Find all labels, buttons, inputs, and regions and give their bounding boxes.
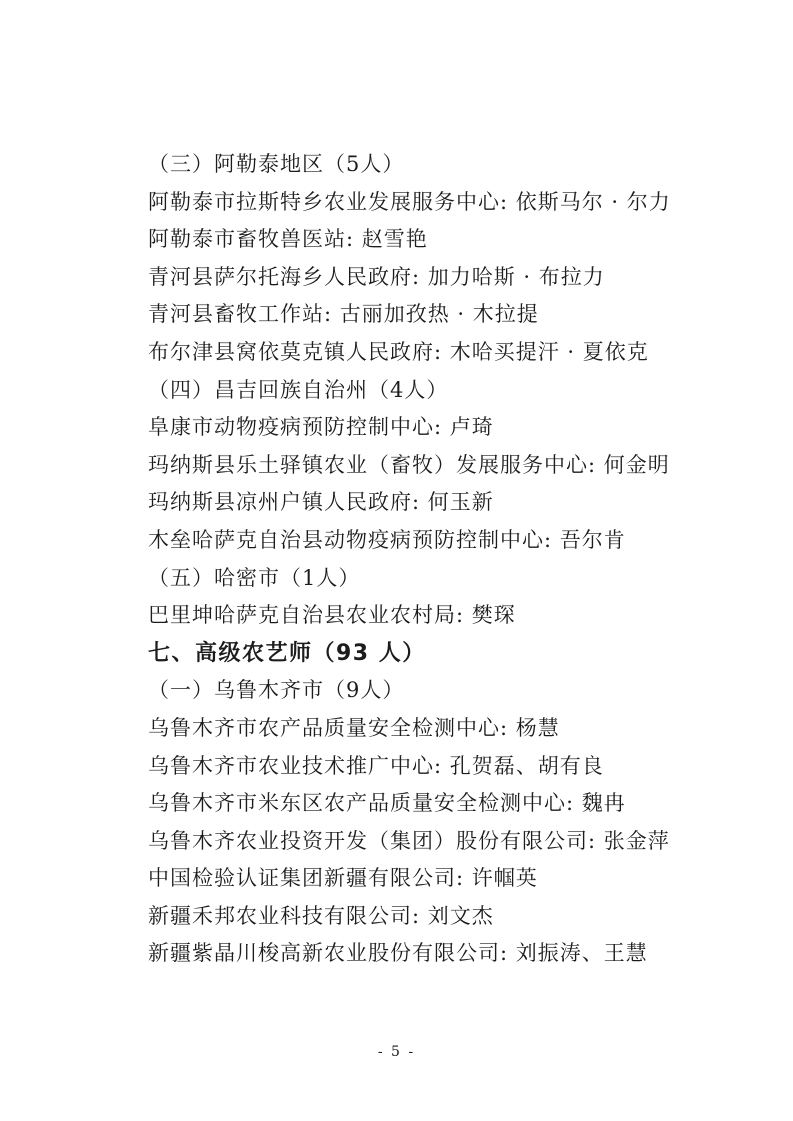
section-subheading-changji: （四）昌吉回族自治州（4人） [148,372,733,410]
entry-line: 玛纳斯县乐土驿镇农业（畜牧）发展服务中心: 何金明 [148,447,733,485]
entry-line: 阜康市动物疫病预防控制中心: 卢琦 [148,409,733,447]
document-body: （三）阿勒泰地区（5人） 阿勒泰市拉斯特乡农业发展服务中心: 依斯马尔 · 尔力… [148,146,733,973]
entry-line: 新疆紫晶川梭高新农业股份有限公司: 刘振涛、王慧 [148,935,733,973]
section-subheading-hami: （五）哈密市（1人） [148,560,733,598]
entry-line: 青河县萨尔托海乡人民政府: 加力哈斯 · 布拉力 [148,259,733,297]
entry-line: 巴里坤哈萨克自治县农业农村局: 樊琛 [148,597,733,635]
entry-line: 阿勒泰市拉斯特乡农业发展服务中心: 依斯马尔 · 尔力 [148,184,733,222]
entry-line: 阿勒泰市畜牧兽医站: 赵雪艳 [148,221,733,259]
page-number: - 5 - [0,1044,793,1060]
entry-line: 乌鲁木齐农业投资开发（集团）股份有限公司: 张金萍 [148,823,733,861]
entry-line: 布尔津县窝依莫克镇人民政府: 木哈买提汗 · 夏依克 [148,334,733,372]
section-subheading-urumqi: （一）乌鲁木齐市（9人） [148,672,733,710]
entry-line: 新疆禾邦农业科技有限公司: 刘文杰 [148,898,733,936]
entry-line: 乌鲁木齐市米东区农产品质量安全检测中心: 魏冉 [148,785,733,823]
entry-line: 中国检验认证集团新疆有限公司: 许帼英 [148,860,733,898]
entry-line: 乌鲁木齐市农产品质量安全检测中心: 杨慧 [148,710,733,748]
section-subheading-aletai: （三）阿勒泰地区（5人） [148,146,733,184]
entry-line: 玛纳斯县凉州户镇人民政府: 何玉新 [148,484,733,522]
section-heading-senior-agronomist: 七、高级农艺师（93 人） [148,635,733,673]
document-page: （三）阿勒泰地区（5人） 阿勒泰市拉斯特乡农业发展服务中心: 依斯马尔 · 尔力… [0,0,793,1121]
entry-line: 青河县畜牧工作站: 古丽加孜热 · 木拉提 [148,296,733,334]
entry-line: 木垒哈萨克自治县动物疫病预防控制中心: 吾尔肯 [148,522,733,560]
entry-line: 乌鲁木齐市农业技术推广中心: 孔贺磊、胡有良 [148,748,733,786]
